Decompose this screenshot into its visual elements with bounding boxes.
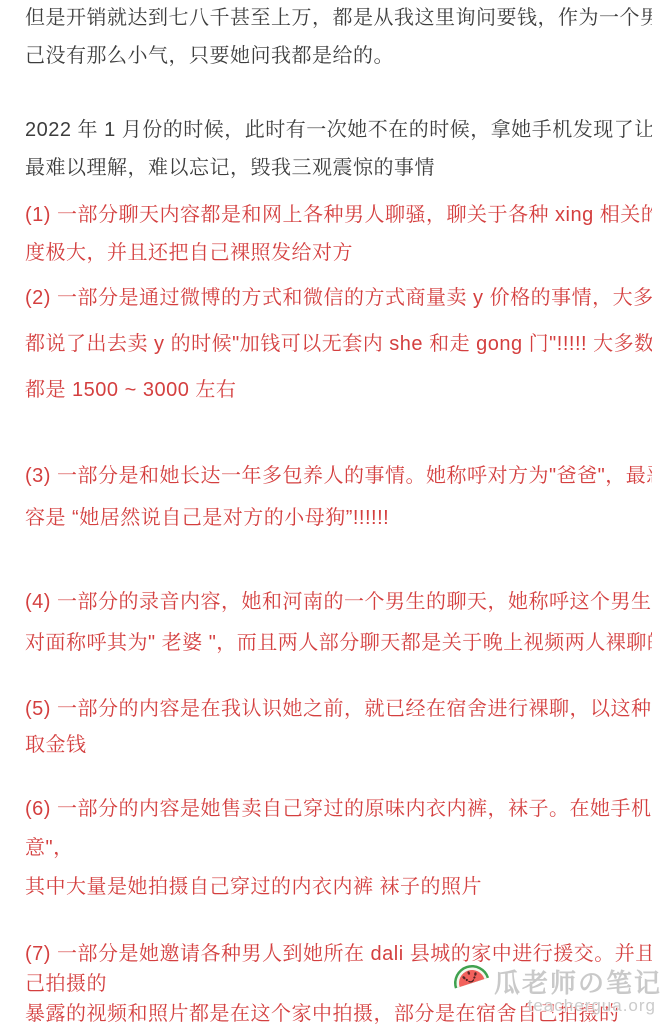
text-line: (5) 一部分的内容是在我认识她之前，就已经在宿舍进行裸聊，以这种方式来换 — [25, 691, 652, 727]
text-line: 对面称呼其为" 老婆 "，而且两人部分聊天都是关于晚上视频两人裸聊的内容。 — [25, 623, 652, 664]
text-line: (2) 一部分是通过微博的方式和微信的方式商量卖 y 价格的事情，大多数的内容 — [25, 275, 652, 321]
text-line: 度极大，并且还把自己裸照发给对方 — [25, 234, 652, 272]
text-line: 都说了出去卖 y 的时候"加钱可以无套内 she 和走 gong 门"!!!!!… — [25, 321, 652, 367]
watermark: 瓜老师の笔记 teachergua.org — [452, 961, 662, 1016]
paragraph-item-1: (1) 一部分聊天内容都是和网上各种男人聊骚，聊关于各种 xing 相关的内容，… — [25, 196, 652, 272]
text-line: 2022 年 1 月份的时候，此时有一次她不在的时候，拿她手机发现了让我这辈子 — [25, 111, 652, 149]
text-line: 都是 1500 ~ 3000 左右 — [25, 367, 652, 413]
text-line: 其中大量是她拍摄自己穿过的内衣内裤 袜子的照片 — [25, 868, 652, 907]
text-line: (3) 一部分是和她长达一年多包养人的事情。她称呼对方为"爸爸"，最恶心的内 — [25, 455, 652, 497]
text-line: (4) 一部分的录音内容，她和河南的一个男生的聊天，她称呼这个男生为"老公"， — [25, 582, 652, 623]
text-line: 己没有那么小气，只要她问我都是给的。 — [25, 37, 652, 75]
paragraph-item-3: (3) 一部分是和她长达一年多包养人的事情。她称呼对方为"爸爸"，最恶心的内容是… — [25, 455, 652, 539]
text-line: 最难以理解，难以忘记，毁我三观震惊的事情 — [25, 149, 652, 187]
paragraph-item-6: (6) 一部分的内容是她售卖自己穿过的原味内衣内裤，袜子。在她手机上备注"生意"… — [25, 790, 652, 907]
text-line: (1) 一部分聊天内容都是和网上各种男人聊骚，聊关于各种 xing 相关的内容，… — [25, 196, 652, 234]
text-line: (6) 一部分的内容是她售卖自己穿过的原味内衣内裤，袜子。在她手机上备注"生 — [25, 790, 652, 829]
watermark-title: 瓜老师の笔记 — [494, 963, 662, 1000]
document-page: 但是开销就达到七八千甚至上万，都是从我这里询问要钱，作为一个男生，我自己没有那么… — [0, 0, 672, 1024]
paragraph-item-4: (4) 一部分的录音内容，她和河南的一个男生的聊天，她称呼这个男生为"老公"，对… — [25, 582, 652, 664]
text-line: 但是开销就达到七八千甚至上万，都是从我这里询问要钱，作为一个男生，我自 — [25, 0, 652, 37]
watermelon-icon — [452, 961, 492, 1001]
text-line: 意"， — [25, 829, 652, 868]
paragraph-intro-spending: 但是开销就达到七八千甚至上万，都是从我这里询问要钱，作为一个男生，我自己没有那么… — [25, 0, 652, 75]
paragraph-item-2: (2) 一部分是通过微博的方式和微信的方式商量卖 y 价格的事情，大多数的内容都… — [25, 275, 652, 413]
text-line: 取金钱 — [25, 727, 652, 763]
watermark-row: 瓜老师の笔记 — [452, 961, 662, 1001]
paragraph-discovery-2022: 2022 年 1 月份的时候，此时有一次她不在的时候，拿她手机发现了让我这辈子最… — [25, 111, 652, 187]
text-line: 容是 “她居然说自己是对方的小母狗”!!!!!! — [25, 497, 652, 539]
paragraph-item-5: (5) 一部分的内容是在我认识她之前，就已经在宿舍进行裸聊，以这种方式来换取金钱 — [25, 691, 652, 763]
